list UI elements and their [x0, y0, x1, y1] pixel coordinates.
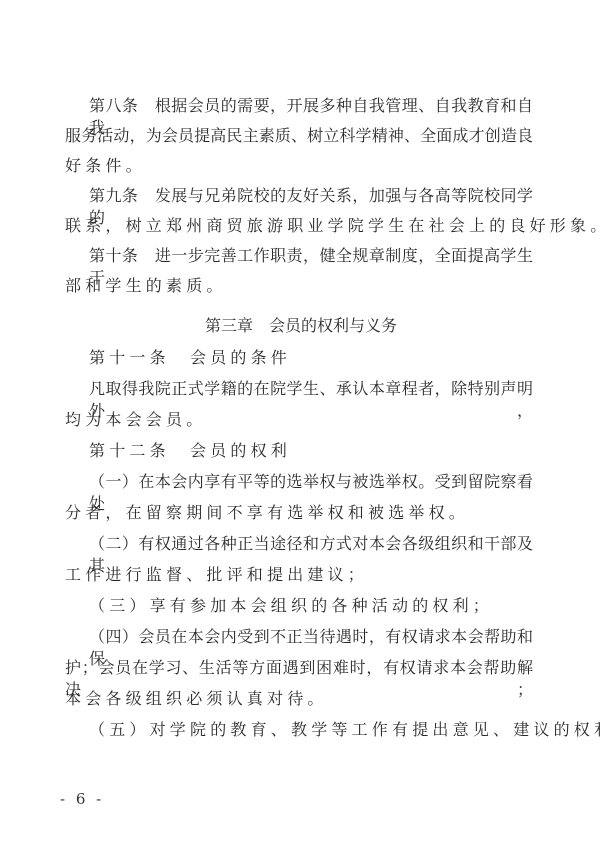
text-line: 凡取得我院正式学籍的在院学生、承认本章程者，除特别声明外，	[89, 378, 533, 400]
chapter-heading: 第三章 会员的权利与义务	[205, 315, 397, 337]
text-line: （四）会员在本会内受到不正当待遇时，有权请求本会帮助和保	[89, 626, 533, 648]
text-line: （五）对学院的教育、教学等工作有提出意见、建议的权利。	[89, 719, 533, 741]
text-line: 好条件。	[65, 155, 533, 177]
text-line: 均为本会会员。	[65, 409, 533, 431]
text-line: 护；会员在学习、生活等方面遇到困难时，有权请求本会帮助解决；	[65, 657, 533, 679]
text-line: 部和学生的素质。	[65, 275, 533, 297]
text-line: 联系，树立郑州商贸旅游职业学院学生在社会上的良好形象。	[65, 215, 533, 237]
text-line: 第八条 根据会员的需要，开展多种自我管理、自我教育和自我	[89, 95, 533, 117]
text-line: （二）有权通过各种正当途径和方式对本会各级组织和干部及其	[89, 533, 533, 555]
text-line: （一）在本会内享有平等的选举权与被选举权。受到留院察看处	[89, 471, 533, 493]
text-line: 第十一条 会员的条件	[89, 347, 533, 369]
text-line: 第十条 进一步完善工作职责，健全规章制度，全面提高学生干	[89, 245, 533, 267]
text-line: 工作进行监督、批评和提出建议；	[65, 564, 533, 586]
page-number: - 6 -	[60, 790, 104, 808]
text-line: （三）享有参加本会组织的各种活动的权利；	[89, 595, 533, 617]
text-line: 服务活动，为会员提高民主素质、树立科学精神、全面成才创造良	[65, 125, 533, 147]
text-line: 分者，在留察期间不享有选举权和被选举权。	[65, 502, 533, 524]
text-line: 第九条 发展与兄弟院校的友好关系，加强与各高等院校同学的	[89, 185, 533, 207]
text-line: 第十二条 会员的权利	[89, 440, 533, 462]
document-page: 第八条 根据会员的需要，开展多种自我管理、自我教育和自我服务活动，为会员提高民主…	[0, 0, 600, 848]
text-line: 本会各级组织必须认真对待。	[65, 688, 533, 710]
